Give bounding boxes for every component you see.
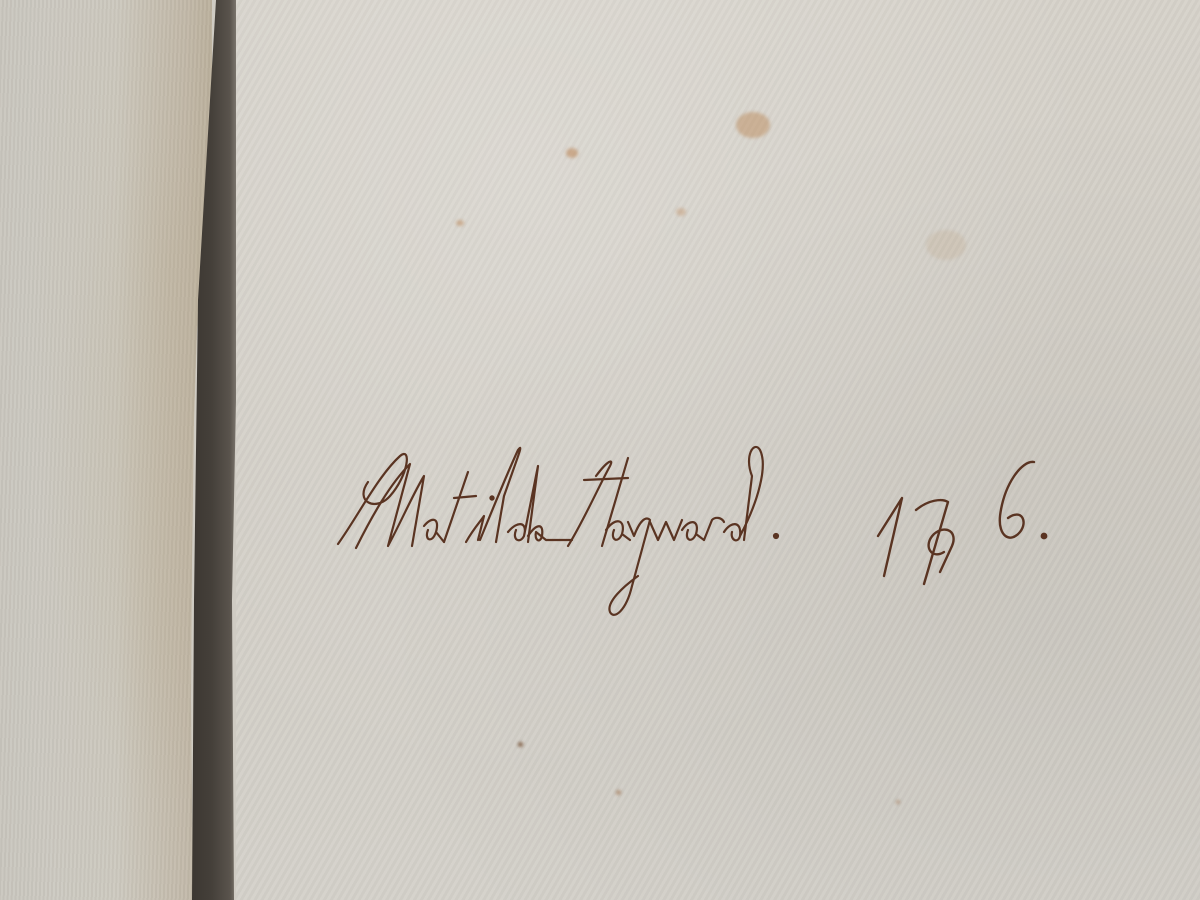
book-photo: Matilda Hayward. 1796. — [0, 0, 1200, 900]
foxing-spot — [456, 220, 464, 226]
foxing-spot — [896, 800, 900, 804]
foxing-spot — [676, 208, 686, 216]
foxing-spot — [566, 148, 578, 158]
foxing-spot — [926, 230, 966, 260]
inscription-name-first — [338, 448, 572, 548]
inscription-name-last — [568, 447, 778, 615]
signature-script — [328, 436, 1068, 626]
handwritten-inscription: Matilda Hayward. 1796. — [328, 436, 1068, 626]
foxing-spot — [518, 742, 523, 747]
left-facing-leaf — [0, 0, 212, 900]
foxing-spot — [736, 112, 770, 138]
inscription-year — [878, 462, 1046, 584]
foxing-spot — [616, 790, 621, 795]
